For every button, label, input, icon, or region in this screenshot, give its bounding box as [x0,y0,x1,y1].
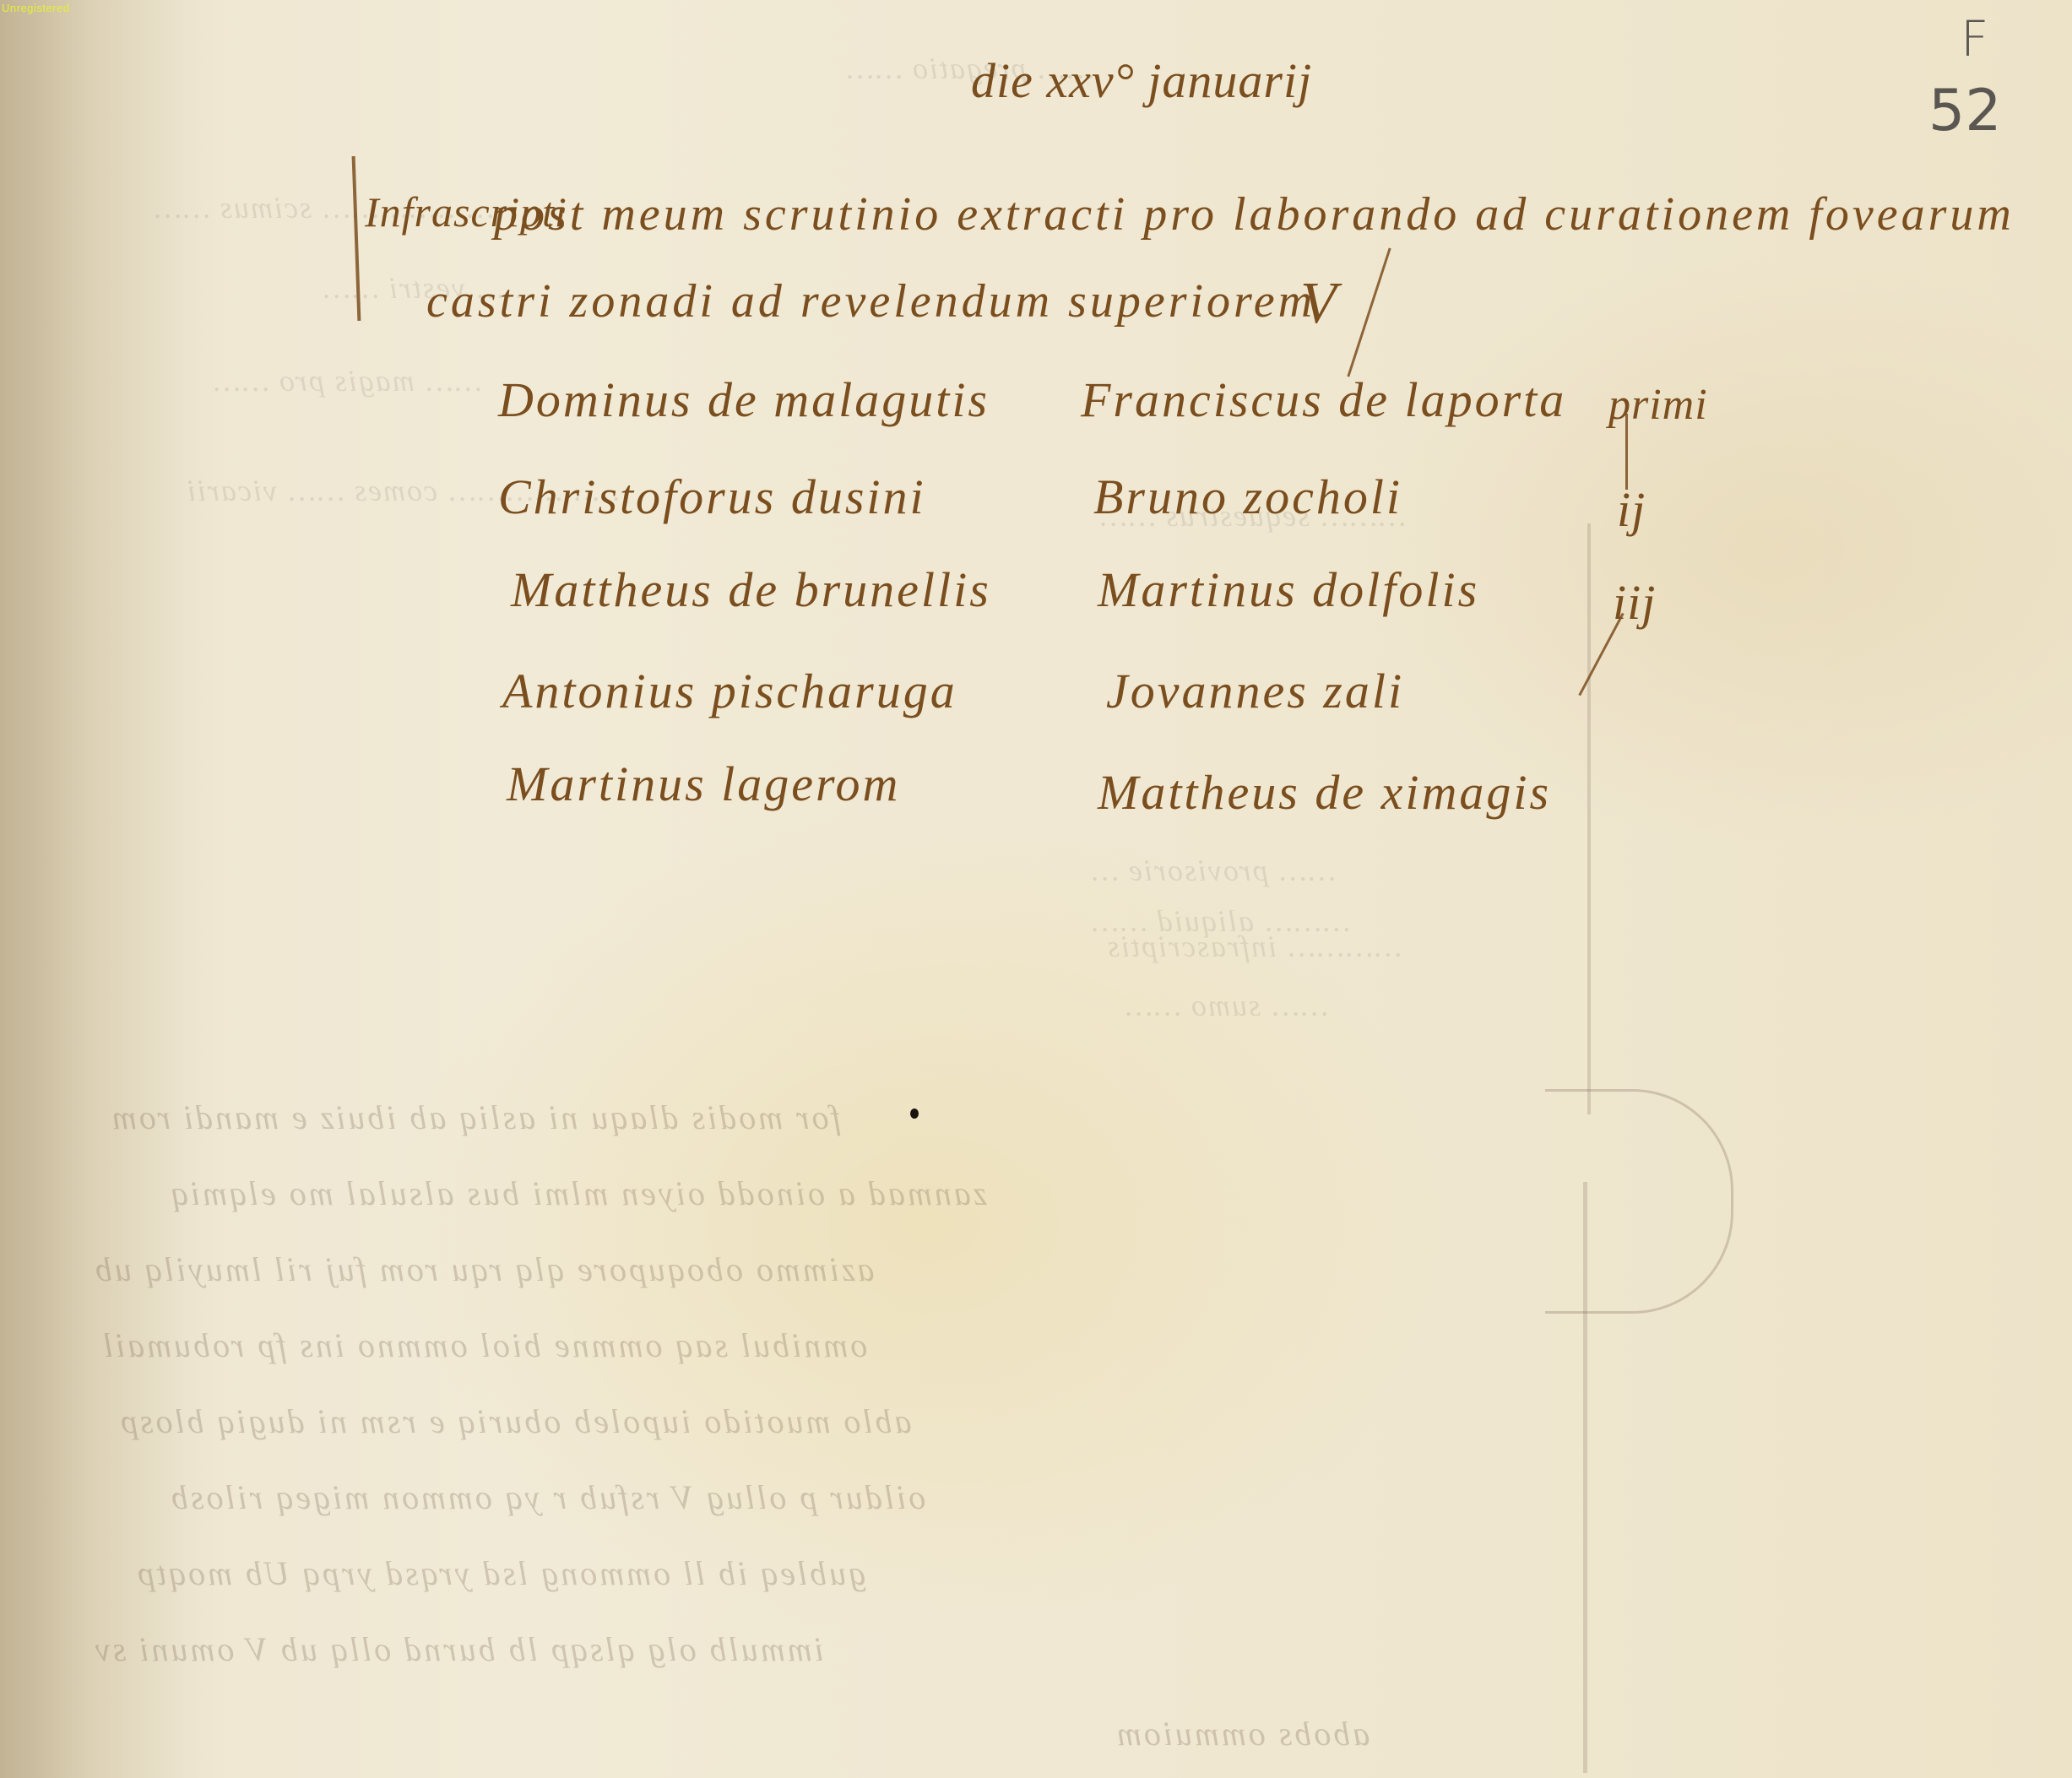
watermark-label: Unregistered [2,2,69,14]
faint-margin-rule [1587,523,1591,1114]
body-line-2-mark: V [1300,270,1337,338]
folio-mark: F [1961,10,1988,68]
folio-number: 52 [1928,78,2002,144]
name-right: Martinus dolfolis [1098,561,1479,618]
date-heading: die xxv° januarij [971,52,1312,109]
name-right: Jovannes zali [1106,663,1404,719]
name-left: Dominus de malagutis [498,371,990,428]
body-line-2: castri zonadi ad revelendum superiorem [426,274,1315,328]
group-bracket-stroke [1625,414,1628,490]
name-left: Christoforus dusini [498,469,926,525]
ink-blot [910,1109,919,1119]
group-label: ij [1617,481,1646,538]
name-right: Mattheus de ximagis [1098,764,1551,821]
group-loop-stroke [1578,613,1624,697]
group-label: primi [1608,380,1708,430]
name-right: Franciscus de laporta [1081,371,1566,428]
name-left: Mattheus de brunellis [511,561,991,618]
long-descender-stroke [1347,247,1391,377]
faint-bracket [1545,1089,1733,1314]
body-line-1: post meum scrutinio extracti pro laboran… [494,187,2015,241]
name-right: Bruno zocholi [1093,469,1402,525]
name-left: Antonius pischaruga [502,663,957,719]
manuscript-page: Unregistered F 52 …… pregatio …… ……………… … [0,0,2072,1778]
name-left: Martinus lagerom [507,756,900,812]
